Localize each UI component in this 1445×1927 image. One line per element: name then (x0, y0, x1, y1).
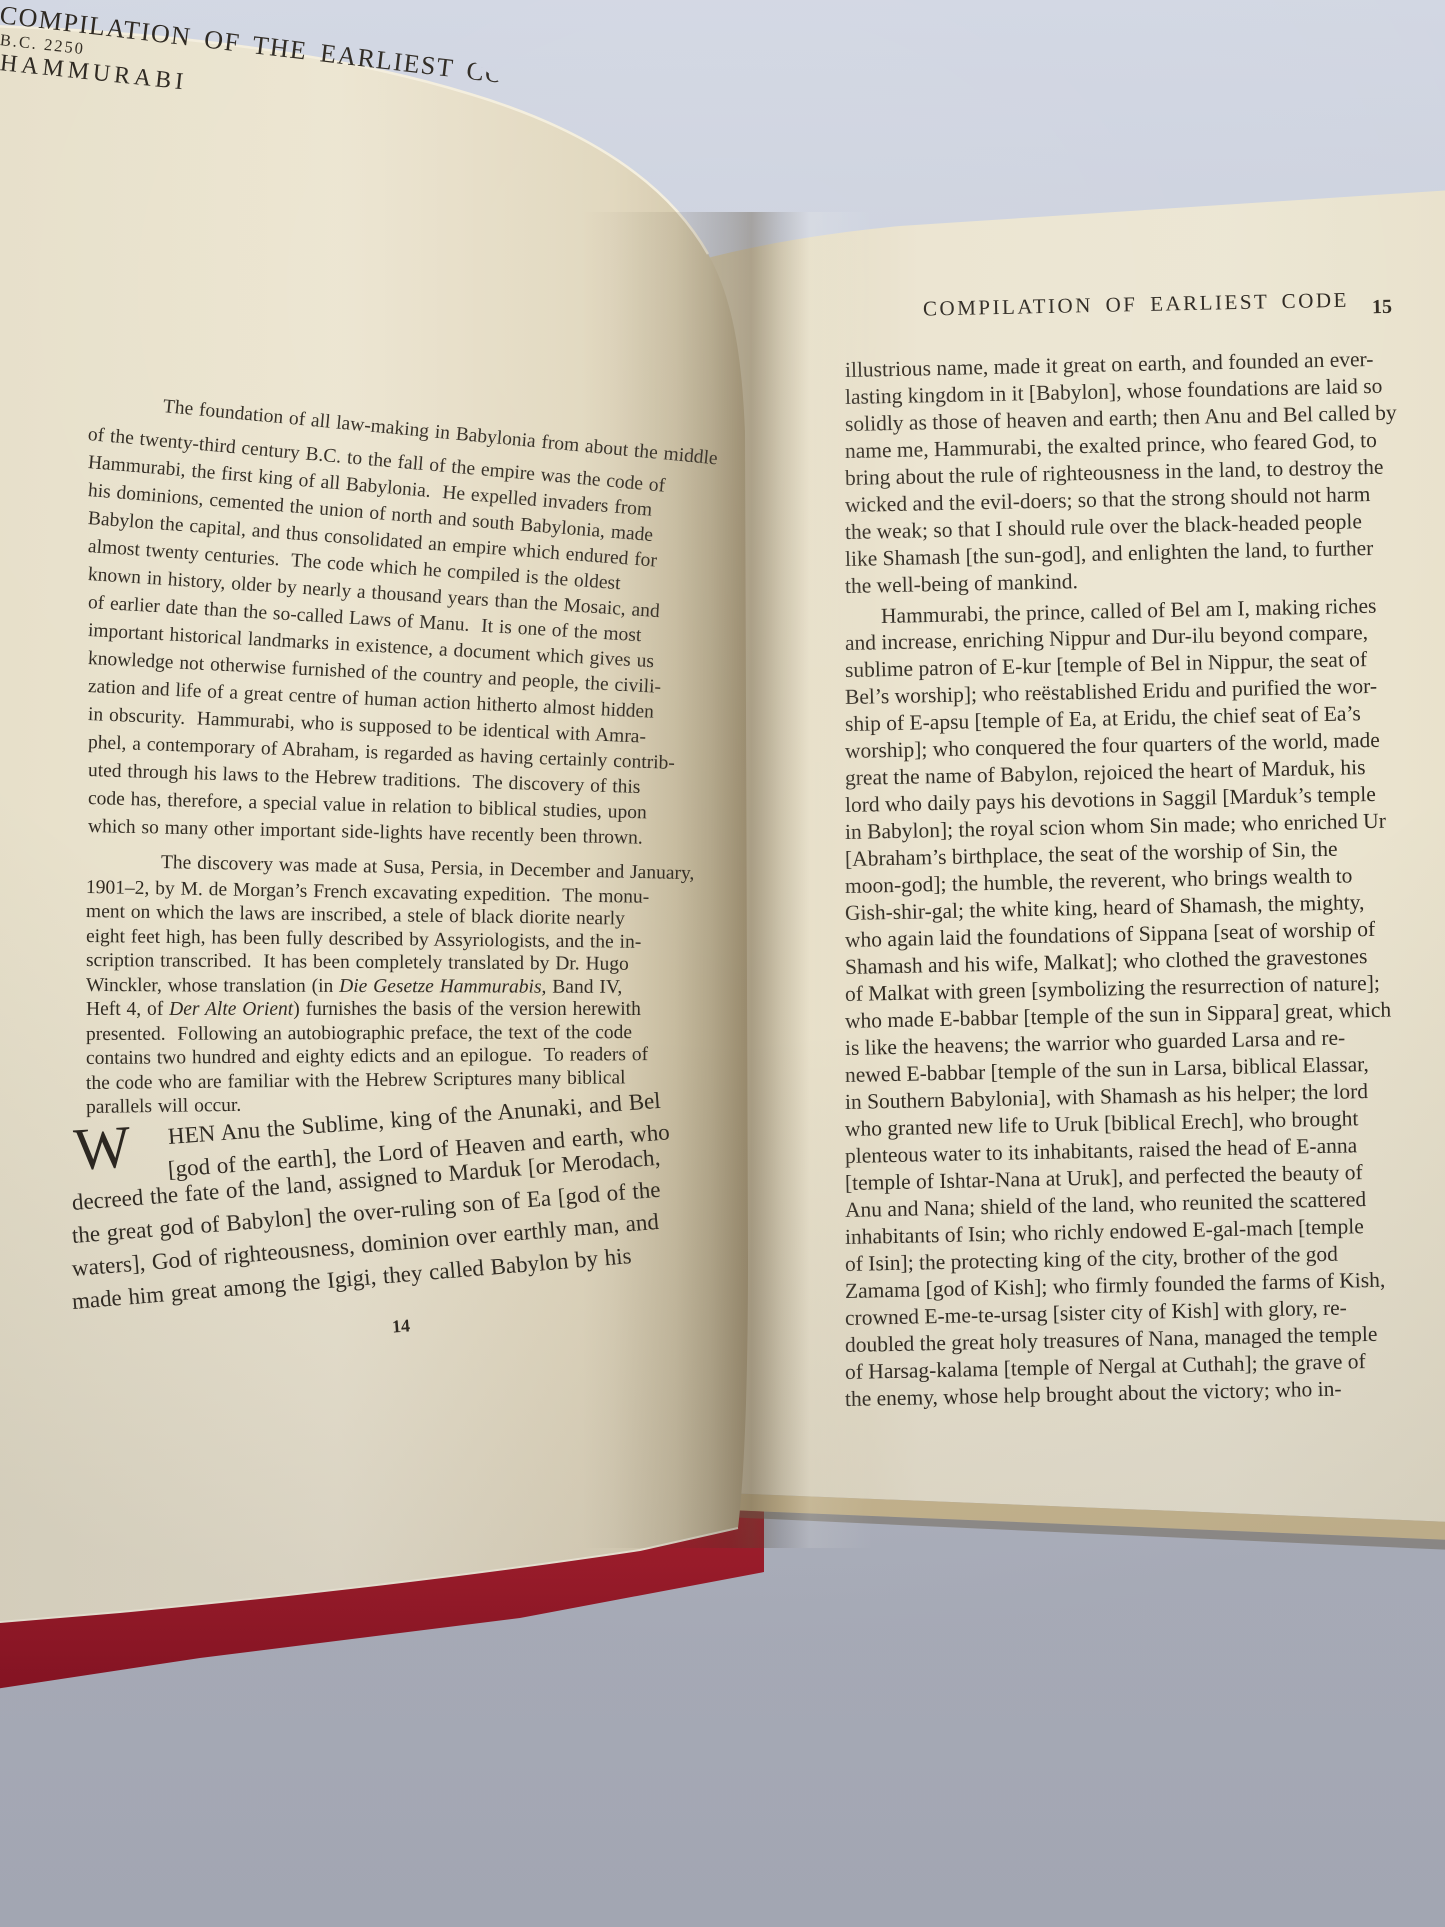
drop-cap-w: W (72, 1116, 132, 1179)
text-line: Winckler, whose translation (in Die Gese… (86, 975, 622, 999)
text-line: scription transcribed. It has been compl… (86, 950, 629, 976)
text-line: the code who are familiar with the Hebre… (86, 1067, 626, 1095)
text-line: presented. Following an autobiographic p… (86, 1022, 632, 1046)
text-line: Heft 4, of Der Alte Orient) furnishes th… (86, 999, 641, 1021)
right-page-number: 15 (1372, 296, 1392, 319)
left-page-number: 14 (391, 1315, 411, 1337)
text-line: the well-being of mankind. (845, 569, 1078, 599)
photo-open-book: COMPILATION OF EARLIEST CODE 15 illustri… (0, 0, 1445, 1927)
text-line: contains two hundred and eighty edicts a… (86, 1044, 648, 1070)
text-line: eight feet high, has been fully describe… (86, 926, 641, 954)
right-running-header: COMPILATION OF EARLIEST CODE (856, 286, 1416, 323)
